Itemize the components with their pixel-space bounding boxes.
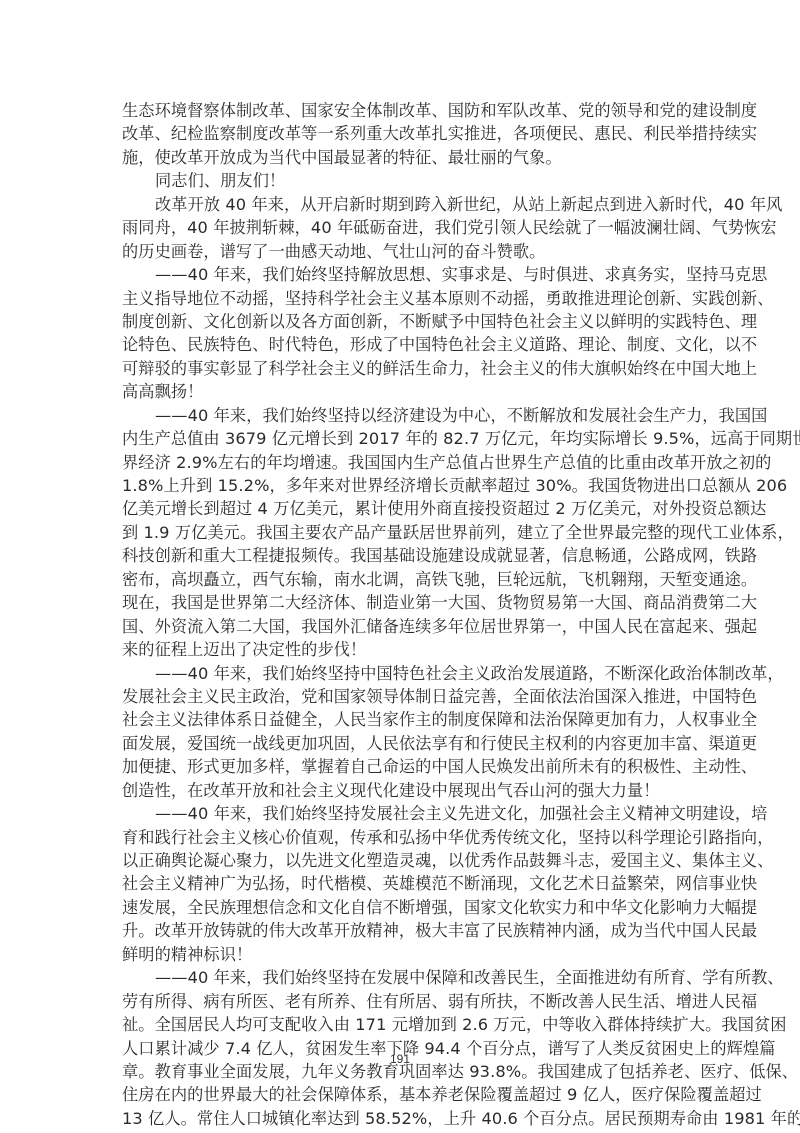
text-line: 劳有所得、病有所医、老有所养、住有所居、弱有所扶，不断改善人民生活、增进人民福 [122,990,680,1013]
text-line: 同志们、朋友们！ [122,169,680,192]
text-line: 创造性，在改革开放和社会主义现代化建设中展现出气吞山河的强大力量！ [122,779,680,802]
text-line: ——40 年来，我们始终坚持中国特色社会主义政治发展道路，不断深化政治体制改革， [122,662,680,685]
text-line: 科技创新和重大工程捷报频传。我国基础设施建设成就显著，信息畅通，公路成网，铁路 [122,544,680,567]
body-text: 生态环境督察体制改革、国家安全体制改革、国防和军队改革、党的领导和党的建设制度改… [122,99,680,1130]
text-line: 来的征程上迈出了决定性的步伐！ [122,638,680,661]
text-line: 改革开放 40 年来，从开启新时期到跨入新世纪，从站上新起点到进入新时代，40 … [122,193,680,216]
text-line: ——40 年来，我们始终坚持发展社会主义先进文化，加强社会主义精神文明建设，培 [122,802,680,825]
document-page: 生态环境督察体制改革、国家安全体制改革、国防和军队改革、党的领导和党的建设制度改… [0,0,800,1133]
text-line: 速发展，全民族理想信念和文化自信不断增强，国家文化软实力和中华文化影响力大幅提 [122,896,680,919]
text-line: 13 亿人。常住人口城镇化率达到 58.52%，上升 40.6 个百分点。居民预… [122,1107,680,1130]
text-line: 加便捷、形式更加多样，掌握着自己命运的中国人民焕发出前所未有的积极性、主动性、 [122,755,680,778]
text-line: 1.8%上升到 15.2%，多年来对世界经济增长贡献率超过 30%。我国货物进出… [122,474,680,497]
text-line: 住房在内的世界最大的社会保障体系，基本养老保险覆盖超过 9 亿人，医疗保险覆盖超… [122,1083,680,1106]
text-line: 亿美元增长到超过 4 万亿美元，累计使用外商直接投资超过 2 万亿美元，对外投资… [122,497,680,520]
text-line: ——40 年来，我们始终坚持在发展中保障和改善民生，全面推进幼有所育、学有所教、 [122,966,680,989]
text-line: 主义指导地位不动摇，坚持科学社会主义基本原则不动摇，勇敢推进理论创新、实践创新、 [122,287,680,310]
text-line: 到 1.9 万亿美元。我国主要农产品产量跃居世界前列，建立了全世界最完整的现代工… [122,521,680,544]
text-line: 内生产总值由 3679 亿元增长到 2017 年的 82.7 万亿元，年均实际增… [122,427,680,450]
text-line: 育和践行社会主义核心价值观，传承和弘扬中华优秀传统文化，坚持以科学理论引路指向， [122,826,680,849]
text-line: 制度创新、文化创新以及各方面创新，不断赋予中国特色社会主义以鲜明的实践特色、理 [122,310,680,333]
text-line: 发展社会主义民主政治，党和国家领导体制日益完善，全面依法治国深入推进，中国特色 [122,685,680,708]
page-number: 191 [0,1052,800,1066]
text-line: 密布，高坝矗立，西气东输，南水北调，高铁飞驰，巨轮远航，飞机翱翔，天堑变通途。 [122,568,680,591]
text-line: 界经济 2.9%左右的年均增速。我国国内生产总值占世界生产总值的比重由改革开放之… [122,451,680,474]
text-line: 改革、纪检监察制度改革等一系列重大改革扎实推进，各项便民、惠民、利民举措持续实 [122,122,680,145]
text-line: 论特色、民族特色、时代特色，形成了中国特色社会主义道路、理论、制度、文化，以不 [122,333,680,356]
text-line: 现在，我国是世界第二大经济体、制造业第一大国、货物贸易第一大国、商品消费第二大 [122,591,680,614]
text-line: 可辩驳的事实彰显了科学社会主义的鲜活生命力，社会主义的伟大旗帜始终在中国大地上 [122,357,680,380]
text-line: ——40 年来，我们始终坚持以经济建设为中心，不断解放和发展社会生产力，我国国 [122,404,680,427]
text-line: 升。改革开放铸就的伟大改革开放精神，极大丰富了民族精神内涵，成为当代中国人民最 [122,919,680,942]
text-line: 社会主义法律体系日益健全，人民当家作主的制度保障和法治保障更加有力，人权事业全 [122,708,680,731]
text-line: ——40 年来，我们始终坚持解放思想、实事求是、与时俱进、求真务实，坚持马克思 [122,263,680,286]
text-line: 祉。全国居民人均可支配收入由 171 元增加到 2.6 万元，中等收入群体持续扩… [122,1013,680,1036]
text-line: 社会主义精神广为弘扬，时代楷模、英雄模范不断涌现，文化艺术日益繁荣，网信事业快 [122,872,680,895]
text-line: 面发展，爱国统一战线更加巩固，人民依法享有和行使民主权利的内容更加丰富、渠道更 [122,732,680,755]
text-line: 雨同舟，40 年披荆斩棘，40 年砥砺奋进，我们党引领人民绘就了一幅波澜壮阔、气… [122,216,680,239]
text-line: 施，使改革开放成为当代中国最显著的特征、最壮丽的气象。 [122,146,680,169]
text-line: 鲜明的精神标识！ [122,943,680,966]
text-line: 的历史画卷，谱写了一曲感天动地、气壮山河的奋斗赞歌。 [122,240,680,263]
text-line: 以正确舆论凝心聚力，以先进文化塑造灵魂，以优秀作品鼓舞斗志，爱国主义、集体主义、 [122,849,680,872]
text-line: 高高飘扬！ [122,380,680,403]
text-line: 生态环境督察体制改革、国家安全体制改革、国防和军队改革、党的领导和党的建设制度 [122,99,680,122]
text-line: 国、外资流入第二大国，我国外汇储备连续多年位居世界第一，中国人民在富起来、强起 [122,615,680,638]
